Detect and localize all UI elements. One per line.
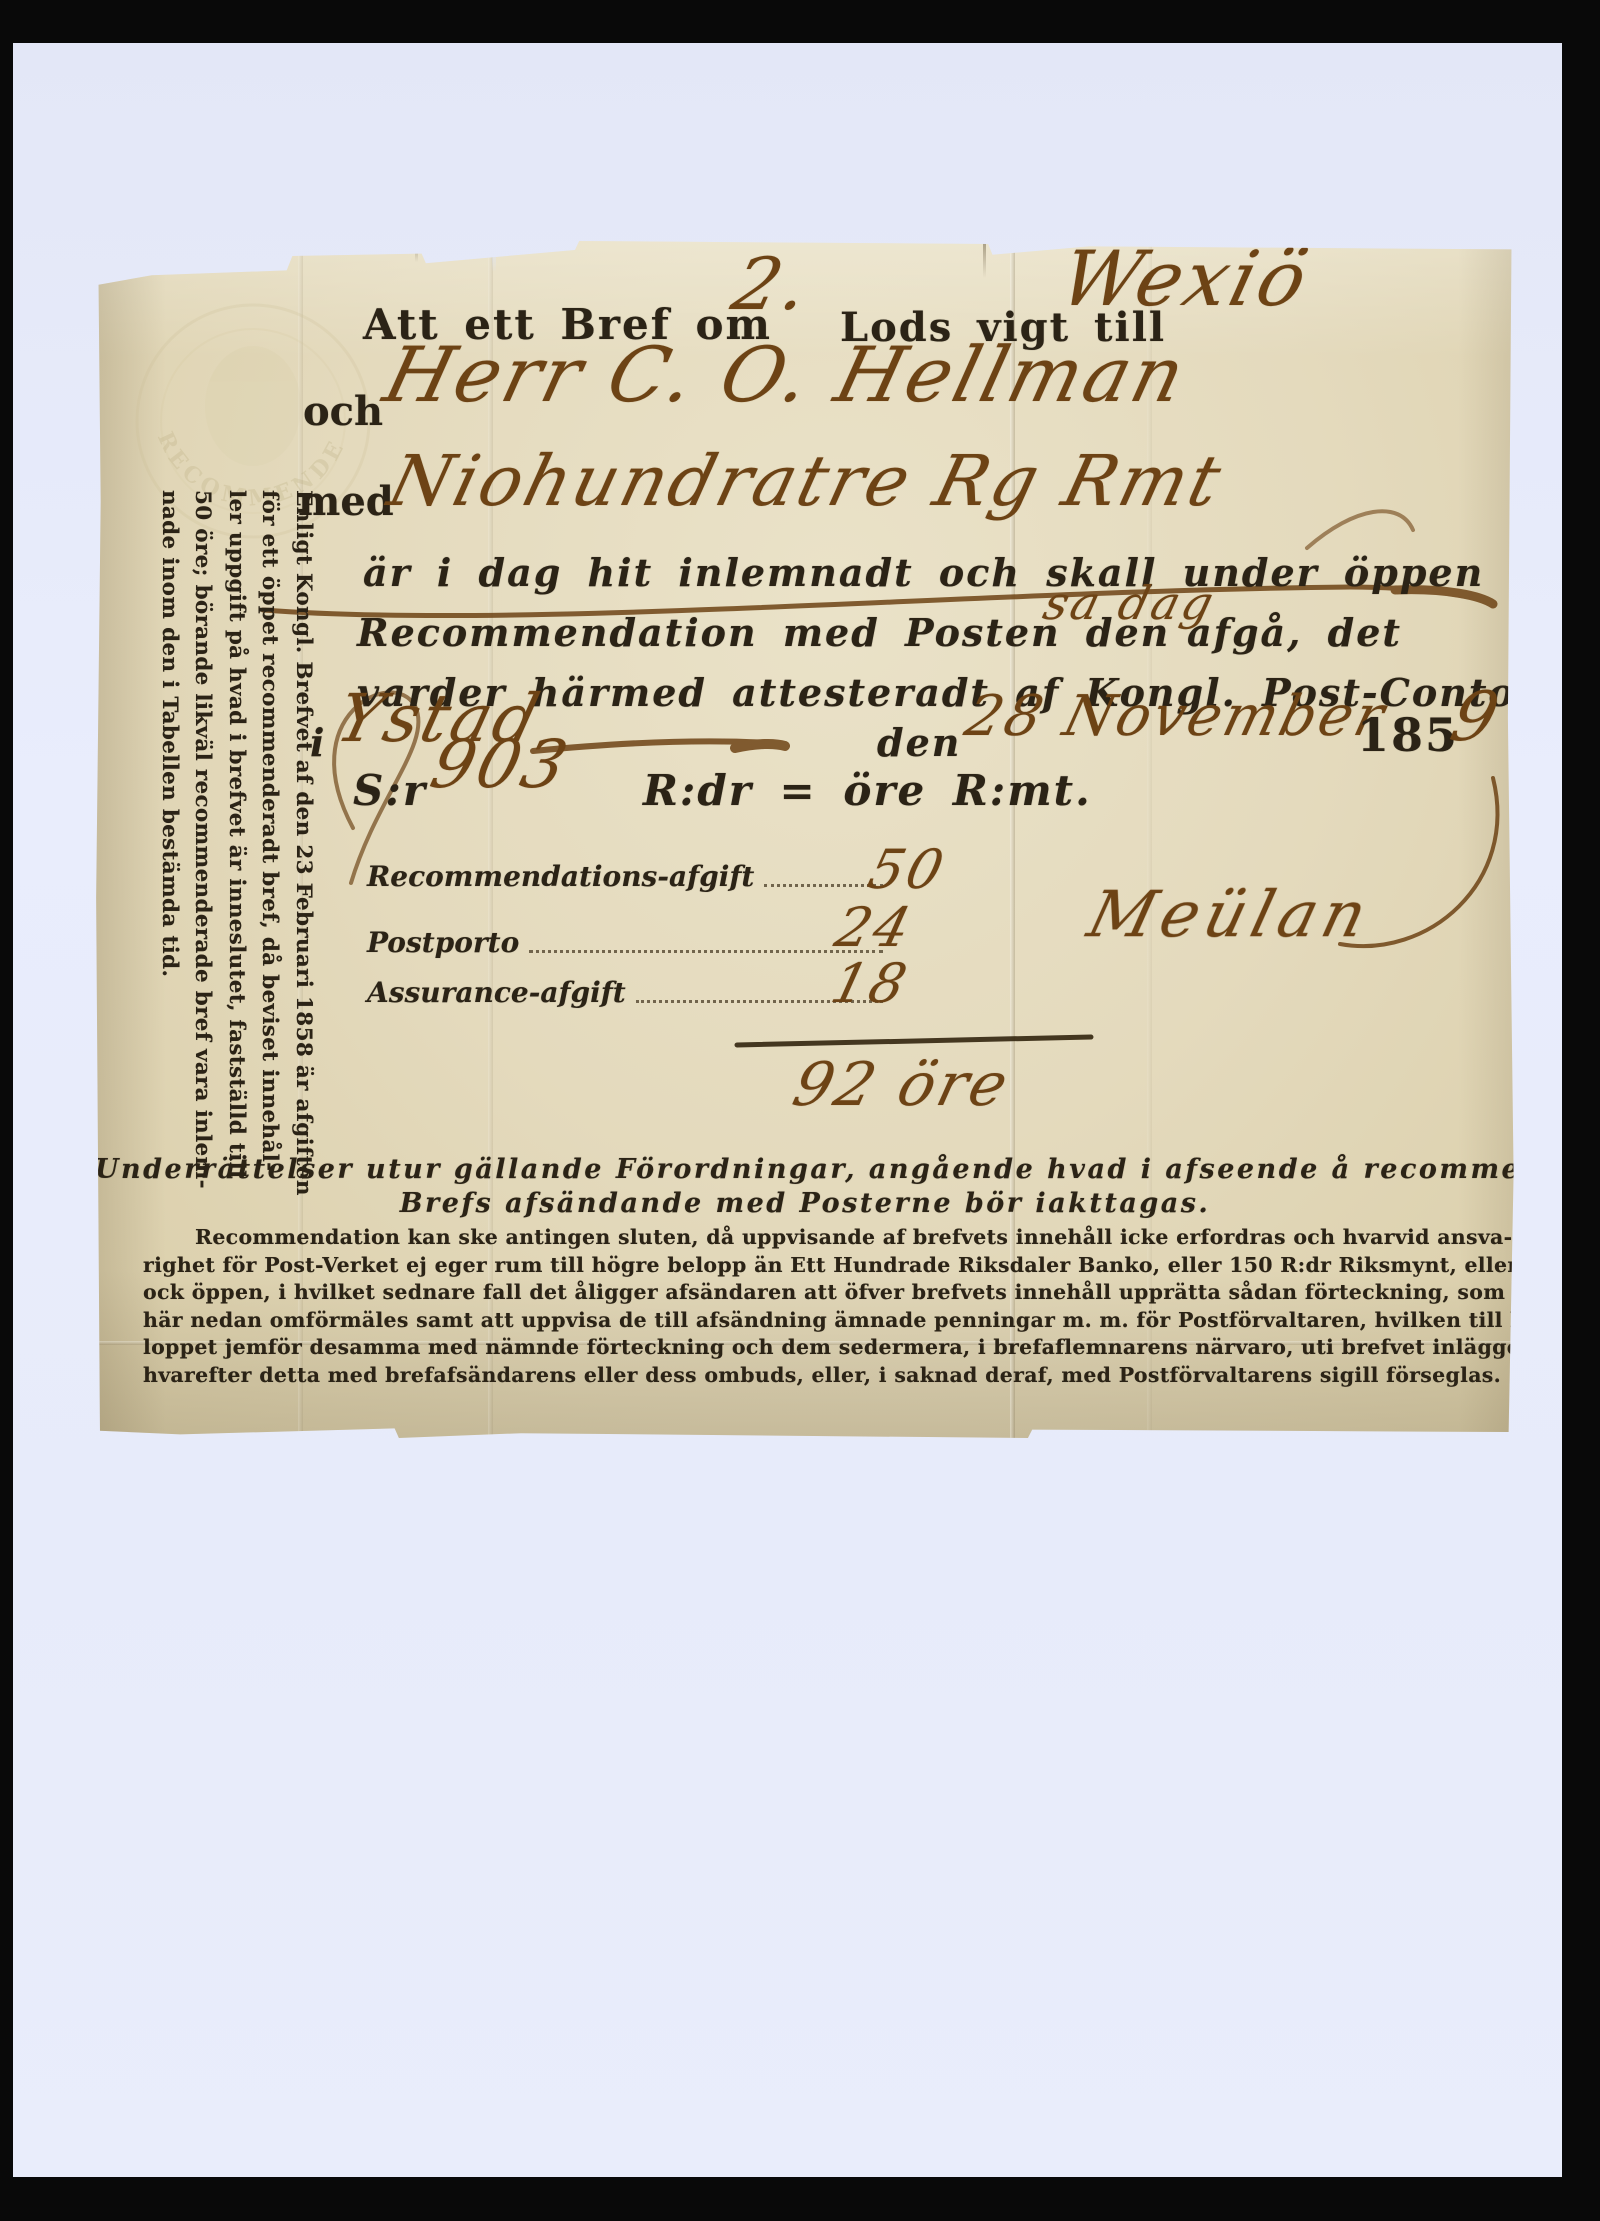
receipt-paper: RECOMMENDERADT Att ett Bref om 2. bbox=[95, 238, 1515, 1438]
body-line5-sr: S:r bbox=[353, 766, 427, 815]
body-line2-suffix: afgå, det bbox=[1187, 610, 1402, 655]
marginal-note-line: ler uppgift på hvad i brefvet är inneslu… bbox=[220, 490, 254, 1190]
marginal-note-line: Enligt Kongl. Brefvet af den 23 Februari… bbox=[287, 490, 321, 1190]
notice-paragraph-line: här nedan omförmäles samt att uppvisa de… bbox=[143, 1307, 1465, 1335]
handwritten-destination: Wexiö bbox=[1052, 234, 1319, 323]
paper-tear bbox=[983, 238, 986, 278]
body-line5-currency: R:dr = öre R:mt. bbox=[643, 766, 1092, 815]
marginal-note-line: för ett öppet recommenderadt bref, då be… bbox=[253, 490, 287, 1190]
fee-row-recommendation: Recommendations-afgift bbox=[367, 860, 887, 893]
fee-label: Recommendations-afgift bbox=[367, 860, 754, 893]
body-line4-den: den bbox=[877, 720, 961, 765]
scan-mat: RECOMMENDERADT Att ett Bref om 2. bbox=[13, 43, 1562, 2177]
handwritten-addressee: Herr C. O. Hellman bbox=[376, 330, 1196, 419]
marginal-note-line: 50 öre; börande likväl recommenderade br… bbox=[186, 490, 220, 1190]
notice-paragraph-line: ock öppen, i hvilket sednare fall det ål… bbox=[143, 1279, 1465, 1307]
handwritten-fee-value-2: 24 bbox=[829, 896, 919, 959]
marginal-note-line: nade inom den i Tabellen bestämda tid. bbox=[153, 490, 187, 1190]
handwritten-fee-value-1: 50 bbox=[862, 838, 952, 901]
handwritten-number: 903 bbox=[423, 726, 577, 803]
handwritten-fee-value-3: 18 bbox=[825, 952, 915, 1015]
handwritten-date: 28 November bbox=[959, 684, 1394, 749]
body-line1: är i dag hit inlemnadt och skall under ö… bbox=[363, 550, 1484, 595]
marginal-note-rotated: Enligt Kongl. Brefvet af den 23 Februari… bbox=[150, 490, 320, 1190]
header-printed-och: och bbox=[303, 388, 383, 435]
paper-tear bbox=[492, 242, 496, 272]
scan-frame: RECOMMENDERADT Att ett Bref om 2. bbox=[0, 0, 1600, 2221]
handwritten-amount: Niohundratre Rg Rmt bbox=[381, 440, 1232, 522]
notice-paragraph-line: loppet jemför desamma med nämnde förteck… bbox=[143, 1334, 1465, 1362]
notice-paragraph: Recommendation kan ske antingen sluten, … bbox=[143, 1224, 1465, 1390]
notice-title-line1: Underrättelser utur gällande Förordninga… bbox=[95, 1154, 1515, 1185]
paper-tear bbox=[415, 238, 418, 262]
notice-paragraph-line: Recommendation kan ske antingen sluten, … bbox=[143, 1224, 1465, 1252]
handwritten-signature: Meülan bbox=[1081, 878, 1380, 952]
handwritten-fee-total: 92 öre bbox=[786, 1050, 1017, 1120]
fee-row-postporto: Postporto bbox=[367, 926, 887, 959]
fee-row-assurance: Assurance-afgift bbox=[367, 976, 887, 1009]
fee-label: Assurance-afgift bbox=[367, 976, 626, 1009]
notice-paragraph-line: hvarefter detta med brefafsändarens elle… bbox=[143, 1362, 1465, 1390]
fee-label: Postporto bbox=[367, 926, 519, 959]
notice-paragraph-line: righet för Post-Verket ej eger rum till … bbox=[143, 1252, 1465, 1280]
handwritten-weight: 2. bbox=[725, 242, 821, 326]
notice-title-line2: Brefs afsändande med Posterne bör iaktta… bbox=[95, 1188, 1515, 1219]
